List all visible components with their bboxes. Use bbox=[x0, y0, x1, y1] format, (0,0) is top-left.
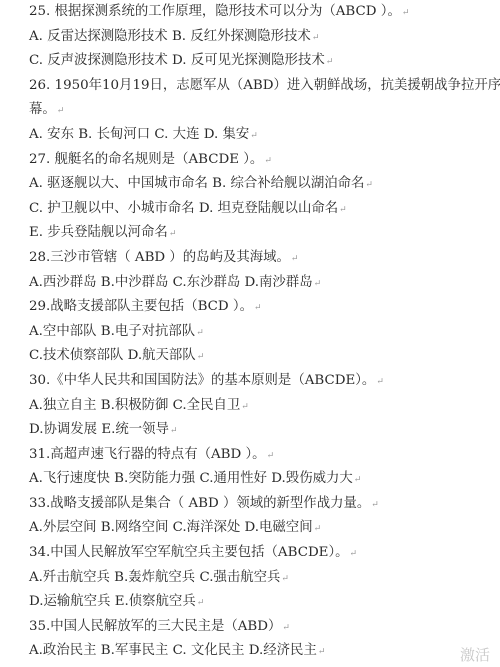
question-27-options-cd: C. 护卫舰以中、小城市命名 D. 坦克登陆舰以山命名↵ bbox=[29, 197, 499, 222]
question-34-options-de: D.运输航空兵 E.侦察航空兵↵ bbox=[29, 590, 499, 615]
paragraph-mark-icon: ↵ bbox=[254, 303, 262, 313]
question-30: 30.《中华人民共和国国防法》的基本原则是（ABCDE）。↵ bbox=[29, 369, 499, 394]
question-26-options: A. 安东 B. 长甸河口 C. 大连 D. 集安↵ bbox=[29, 123, 499, 148]
question-31-options: A.飞行速度快 B.突防能力强 C.通用性好 D.毁伤威力大↵ bbox=[29, 467, 499, 492]
document-body: 25. 根据探测系统的工作原理，隐形技术可以分为（ABCD ）。↵ A. 反雷达… bbox=[29, 0, 499, 664]
question-28-options: A.西沙群岛 B.中沙群岛 C.东沙群岛 D.南沙群岛↵ bbox=[29, 271, 499, 296]
question-26-continued: 幕。↵ bbox=[29, 98, 499, 123]
question-34-options-abc: A.歼击航空兵 B.轰炸航空兵 C.强击航空兵↵ bbox=[29, 566, 499, 591]
paragraph-mark-icon: ↵ bbox=[57, 106, 65, 116]
paragraph-mark-icon: ↵ bbox=[282, 623, 290, 633]
paragraph-mark-icon: ↵ bbox=[281, 574, 289, 584]
paragraph-mark-icon: ↵ bbox=[197, 352, 205, 362]
question-27-options-ab: A. 驱逐舰以大、中国城市命名 B. 综合补给舰以湖泊命名↵ bbox=[29, 172, 499, 197]
question-35: 35.中国人民解放军的三大民主是（ABD）↵ bbox=[29, 615, 499, 640]
paragraph-mark-icon: ↵ bbox=[376, 377, 384, 387]
question-29: 29.战略支援部队主要包括（BCD ）。↵ bbox=[29, 295, 499, 320]
question-31: 31.高超声速飞行器的特点有（ABD ）。↵ bbox=[29, 443, 499, 468]
paragraph-mark-icon: ↵ bbox=[354, 475, 362, 485]
question-29-options-cd: C.技术侦察部队 D.航天部队↵ bbox=[29, 344, 499, 369]
question-33-options: A.外层空间 B.网络空间 C.海洋深处 D.电磁空间↵ bbox=[29, 516, 499, 541]
question-26: 26. 1950年10月19日，志愿军从（ABD）进入朝鲜战场，抗美援朝战争拉开… bbox=[29, 74, 499, 99]
paragraph-mark-icon: ↵ bbox=[267, 451, 275, 461]
paragraph-mark-icon: ↵ bbox=[196, 328, 204, 338]
question-25-options-ab: A. 反雷达探测隐形技术 B. 反红外探测隐形技术↵ bbox=[29, 25, 499, 50]
question-28: 28.三沙市管辖（ ABD ）的岛屿及其海域。↵ bbox=[29, 246, 499, 271]
paragraph-mark-icon: ↵ bbox=[241, 402, 249, 412]
paragraph-mark-icon: ↵ bbox=[291, 254, 299, 264]
question-27: 27. 舰艇名的命名规则是（ABCDE ）。↵ bbox=[29, 148, 499, 173]
question-30-options-de: D.协调发展 E.统一领导↵ bbox=[29, 418, 499, 443]
paragraph-mark-icon: ↵ bbox=[314, 279, 322, 289]
paragraph-mark-icon: ↵ bbox=[169, 229, 177, 239]
question-34: 34.中国人民解放军空军航空兵主要包括（ABCDE）。↵ bbox=[29, 541, 499, 566]
paragraph-mark-icon: ↵ bbox=[402, 8, 410, 18]
question-30-options-abc: A.独立自主 B.积极防御 C.全民自卫↵ bbox=[29, 394, 499, 419]
paragraph-mark-icon: ↵ bbox=[170, 426, 178, 436]
paragraph-mark-icon: ↵ bbox=[326, 57, 334, 67]
paragraph-mark-icon: ↵ bbox=[314, 524, 322, 534]
paragraph-mark-icon: ↵ bbox=[318, 647, 326, 657]
question-25: 25. 根据探测系统的工作原理，隐形技术可以分为（ABCD ）。↵ bbox=[29, 0, 499, 25]
paragraph-mark-icon: ↵ bbox=[339, 205, 347, 215]
activation-watermark: 激活 bbox=[460, 644, 490, 665]
question-29-options-ab: A.空中部队 B.电子对抗部队↵ bbox=[29, 320, 499, 345]
paragraph-mark-icon: ↵ bbox=[250, 131, 258, 141]
paragraph-mark-icon: ↵ bbox=[264, 156, 272, 166]
question-33: 33.战略支援部队是集合（ ABD ）领域的新型作战力量。↵ bbox=[29, 492, 499, 517]
paragraph-mark-icon: ↵ bbox=[350, 549, 358, 559]
paragraph-mark-icon: ↵ bbox=[197, 598, 205, 608]
paragraph-mark-icon: ↵ bbox=[312, 33, 320, 43]
question-35-options: A.政治民主 B.军事民主 C. 文化民主 D.经济民主↵ bbox=[29, 639, 499, 664]
paragraph-mark-icon: ↵ bbox=[365, 180, 373, 190]
question-27-option-e: E. 步兵登陆舰以河命名↵ bbox=[29, 221, 499, 246]
question-25-options-cd: C. 反声波探测隐形技术 D. 反可见光探测隐形技术↵ bbox=[29, 49, 499, 74]
paragraph-mark-icon: ↵ bbox=[371, 500, 379, 510]
